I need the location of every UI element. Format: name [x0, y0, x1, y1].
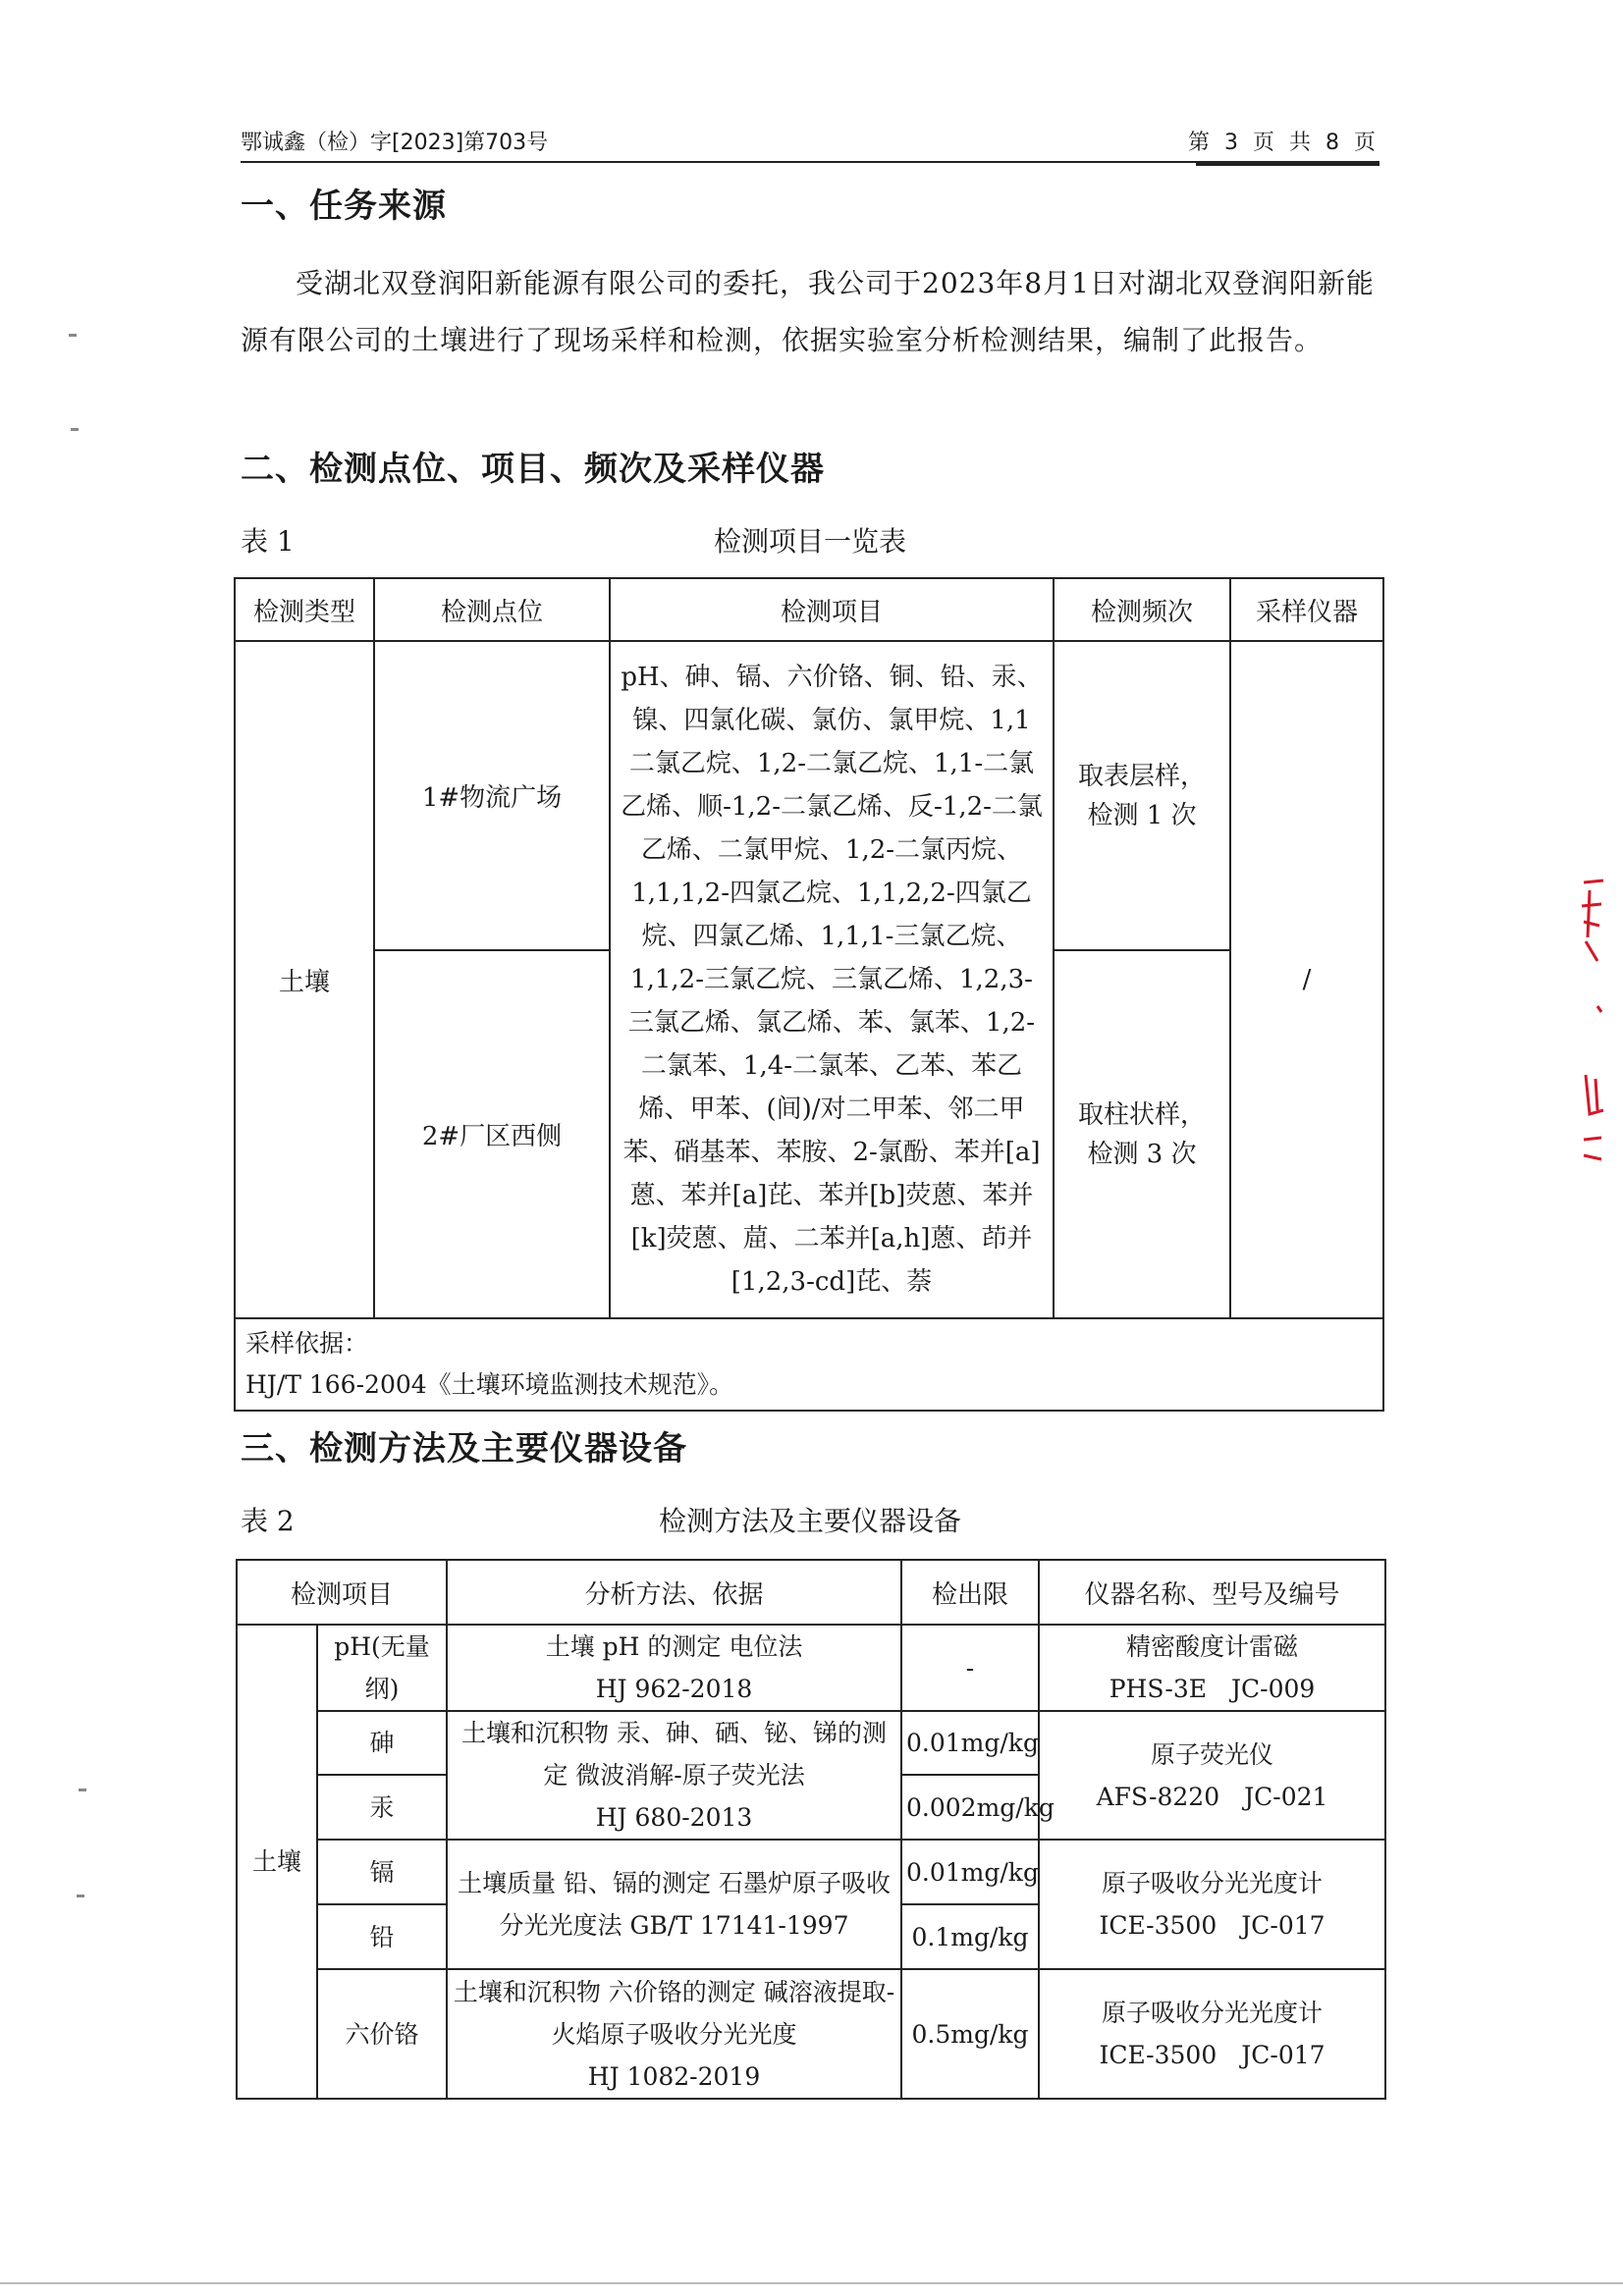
seal-stamp-icon [1576, 879, 1615, 1173]
table2-limit-hexavalent-chromium: 0.5mg/kg [901, 1969, 1039, 2099]
sampling-basis-text: HJ/T 166-2004《土壤环境监测技术规范》。 [245, 1364, 1373, 1406]
table1-type-cell: 土壤 [235, 641, 374, 1318]
table2-limit-mercury: 0.002mg/kg [901, 1775, 1039, 1840]
table2-instrument-aas-1: 原子吸收分光光度计 ICE-3500 JC-017 [1039, 1840, 1385, 1969]
table1-header-site: 检测点位 [374, 578, 610, 641]
table1-site-1: 1#物流广场 [374, 641, 610, 950]
table2-caption: 表 2 检测方法及主要仪器设备 [241, 1500, 1380, 1539]
page-number: 第 3 页 共 8 页 [1188, 126, 1380, 156]
scan-mark [77, 1895, 84, 1897]
scan-mark [69, 334, 77, 337]
table2-method-ph: 土壤 pH 的测定 电位法 HJ 962-2018 [447, 1625, 901, 1711]
table2-header-limit: 检出限 [901, 1560, 1039, 1625]
table2-header-method: 分析方法、依据 [447, 1560, 901, 1625]
table2-instrument-ph: 精密酸度计雷磁 PHS-3E JC-009 [1039, 1625, 1385, 1711]
table1-header-frequency: 检测频次 [1054, 578, 1230, 641]
sampling-basis-label: 采样依据： [245, 1323, 1373, 1364]
table2-header-item: 检测项目 [237, 1560, 447, 1625]
report-reference: 鄂诚鑫（检）字[2023]第703号 [241, 126, 548, 156]
table1-sampling-basis: 采样依据： HJ/T 166-2004《土壤环境监测技术规范》。 [235, 1318, 1383, 1411]
table2-limit-ph: - [901, 1625, 1039, 1711]
header-divider-accent [1196, 163, 1380, 166]
table2-method-arsenic-mercury: 土壤和沉积物 汞、砷、硒、铋、锑的测定 微波消解-原子荧光法 HJ 680-20… [447, 1711, 901, 1840]
table2-title: 检测方法及主要仪器设备 [241, 1500, 1380, 1539]
methods-equipment-table: 检测项目 分析方法、依据 检出限 仪器名称、型号及编号 土壤 pH(无量纲) 土… [236, 1559, 1386, 2100]
table1-header-items: 检测项目 [610, 578, 1054, 641]
table2-method-hexavalent-chromium: 土壤和沉积物 六价铬的测定 碱溶液提取-火焰原子吸收分光光度 HJ 1082-2… [447, 1969, 901, 2099]
table2-limit-arsenic: 0.01mg/kg [901, 1711, 1039, 1775]
table2-item-cadmium: 镉 [317, 1840, 447, 1904]
table1-title: 检测项目一览表 [241, 520, 1380, 560]
monitoring-items-table: 检测类型 检测点位 检测项目 检测频次 采样仪器 土壤 1#物流广场 pH、砷、… [234, 577, 1384, 1412]
section-title-methods: 三、检测方法及主要仪器设备 [241, 1421, 687, 1469]
table2-category-cell: 土壤 [237, 1625, 317, 2099]
table2-item-mercury: 汞 [317, 1775, 447, 1840]
table2-instrument-aas-2: 原子吸收分光光度计 ICE-3500 JC-017 [1039, 1969, 1385, 2099]
table1-header-instrument: 采样仪器 [1230, 578, 1383, 641]
scan-mark [71, 428, 79, 431]
table2-limit-cadmium: 0.01mg/kg [901, 1840, 1039, 1904]
table2-item-lead: 铅 [317, 1904, 447, 1969]
section-title-monitoring: 二、检测点位、项目、频次及采样仪器 [241, 442, 825, 490]
table1-caption: 表 1 检测项目一览表 [241, 520, 1380, 560]
page-bottom-edge [0, 2282, 1623, 2284]
table1-header-type: 检测类型 [235, 578, 374, 641]
table2-limit-lead: 0.1mg/kg [901, 1904, 1039, 1969]
table2-item-ph: pH(无量纲) [317, 1625, 447, 1711]
table2-method-cadmium-lead: 土壤质量 铅、镉的测定 石墨炉原子吸收分光光度法 GB/T 17141-1997 [447, 1840, 901, 1969]
section-title-task-source: 一、任务来源 [241, 179, 447, 227]
scan-mark [79, 1789, 86, 1791]
table1-instrument-cell: / [1230, 641, 1383, 1318]
table2-item-arsenic: 砷 [317, 1711, 447, 1775]
table2-instrument-afs: 原子荧光仪 AFS-8220 JC-021 [1039, 1711, 1385, 1840]
table1-site-2: 2#厂区西侧 [374, 950, 610, 1318]
table1-frequency-1: 取表层样， 检测 1 次 [1054, 641, 1230, 950]
table2-item-hexavalent-chromium: 六价铬 [317, 1969, 447, 2099]
page-header: 鄂诚鑫（检）字[2023]第703号 第 3 页 共 8 页 [241, 126, 1380, 161]
table1-frequency-2: 取柱状样， 检测 3 次 [1054, 950, 1230, 1318]
table1-items-cell: pH、砷、镉、六价铬、铜、铅、汞、镍、四氯化碳、氯仿、氯甲烷、1,1二氯乙烷、1… [610, 641, 1054, 1318]
task-source-paragraph: 受湖北双登润阳新能源有限公司的委托，我公司于2023年8月1日对湖北双登润阳新能… [241, 255, 1380, 369]
table2-header-instrument: 仪器名称、型号及编号 [1039, 1560, 1385, 1625]
